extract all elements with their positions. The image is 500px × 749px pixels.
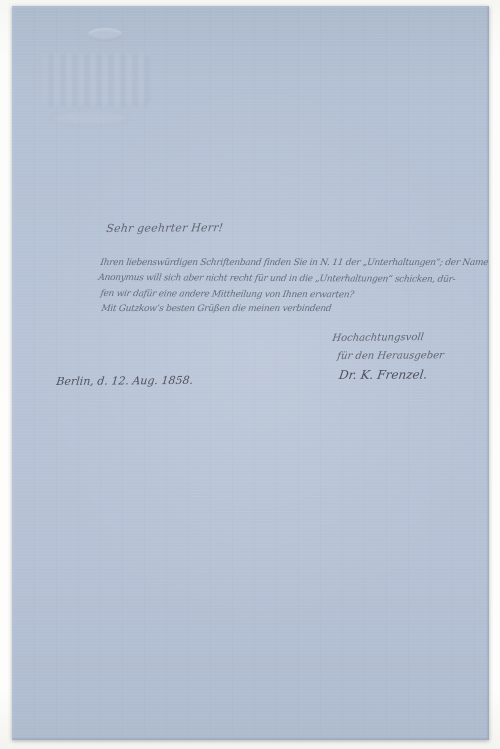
- scanned-letter: Sehr geehrter Herr! Ihren liebenswürdige…: [0, 0, 500, 749]
- body-line: fen wir dafür eine andere Mittheilung vo…: [100, 289, 355, 300]
- closing-formula: Hochachtungsvoll: [332, 332, 425, 344]
- salutation: Sehr geehrter Herr!: [106, 221, 224, 235]
- dateline: Berlin, d. 12. Aug. 1858.: [56, 374, 194, 388]
- embossed-seal-icon: [50, 110, 130, 126]
- body-line: Ihren liebenswürdigen Schriftenband find…: [100, 258, 489, 268]
- body-line: Mit Gutzkow’s besten Grüßen die meinen v…: [101, 304, 332, 314]
- letter-paper: Sehr geehrter Herr! Ihren liebenswürdige…: [12, 6, 489, 740]
- body-line: Anonymus will sich aber nicht recht für …: [98, 273, 456, 285]
- embossed-seal-icon: [42, 54, 150, 106]
- closing-role: für den Herausgeber: [337, 350, 445, 362]
- embossed-seal-icon: [88, 28, 122, 41]
- signature: Dr. K. Frenzel.: [338, 368, 428, 382]
